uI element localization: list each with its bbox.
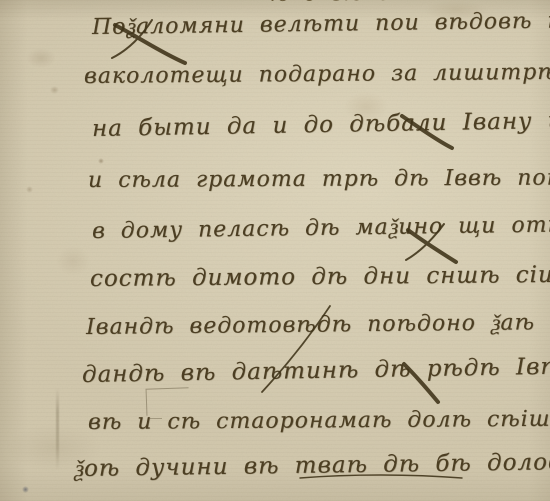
manuscript-line: на быти да и до дѣбали Івану и ѯандрѣ ѯм… <box>92 104 550 142</box>
manuscript-line: ваколотещи подарано за лишитрѣ дановѣ и … <box>84 58 550 89</box>
paper-stain <box>26 186 33 193</box>
fold-crease <box>56 388 59 470</box>
manuscript-line: вѣ и сѣ стаоронамаѣ долѣ сѣішаѣ и тѣ даи… <box>88 405 550 435</box>
manuscript-line: дандѣ вѣ даѣтинѣ дѣ рѣдѣ Івѣ даѣ ѯалѣ <box>82 351 550 388</box>
manuscript-line: в дому пеласѣ дѣ маѯино щи отѣ ѯишу воль… <box>92 208 550 244</box>
manuscript-page: ѣ г вѣ дѣ и Поѯаломяни велѣти пои вѣдовѣ… <box>0 0 550 501</box>
paper-stain <box>56 246 90 276</box>
manuscript-line: состѣ димото дѣ дни сншѣ сіиндѣ о бѣдаѣш… <box>90 260 550 292</box>
paper-stain <box>22 486 29 493</box>
manuscript-line: Івандѣ ведотовѣдѣ поѣдоно ѯаѣ лишѣ в прѣ <box>86 307 550 340</box>
paper-stain <box>98 158 104 164</box>
manuscript-line: ѣ г вѣ дѣ и <box>270 0 441 6</box>
paper-stain <box>26 48 56 68</box>
manuscript-line: и сѣла грамота трѣ дѣ Іввѣ потажи перѣ с… <box>88 164 550 193</box>
paper-stain <box>50 86 59 94</box>
manuscript-line: Поѯаломяни велѣти пои вѣдовѣ пеластѣ а С… <box>92 5 550 40</box>
manuscript-line: ѯоѣ дучини вѣ тваѣ дѣ бѣ доловнико ѯо сѣ… <box>74 446 550 482</box>
